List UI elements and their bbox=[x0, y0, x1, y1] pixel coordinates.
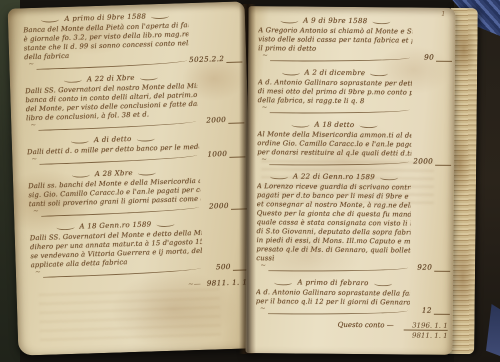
ledger-entry: A 28 Xbre Dalli ss. banchi del Monte e d… bbox=[28, 164, 247, 217]
entry-rule-flourish bbox=[269, 158, 409, 166]
entry-amount: 2000 bbox=[206, 115, 226, 125]
entry-date-text: A 9 di 9bre 1588 bbox=[303, 17, 367, 26]
entry-text-line: per donarsi restituire al q.le quali det… bbox=[257, 148, 411, 158]
entry-date-text: A 2 di dicembre bbox=[304, 69, 365, 78]
entry-amount: 920 bbox=[417, 263, 432, 272]
left-page-total-row: 9811. 1. 1 bbox=[31, 277, 247, 293]
entry-amount-cell: 90 bbox=[412, 17, 452, 63]
entry-amount: 1000 bbox=[207, 149, 227, 159]
left-page-entries: A primo di 9bre 1588 Banca del Monte del… bbox=[23, 8, 249, 278]
entry-text-line: il primo di detto bbox=[258, 44, 412, 54]
entry-body: A primo di 9bre 1588 Banca del Monte del… bbox=[23, 10, 189, 70]
entry-date-heading: A 9 di 9bre 1588 bbox=[258, 16, 412, 25]
heading-swash-left bbox=[280, 18, 298, 23]
entry-body: A 28 Xbre Dalli ss. banchi del Monte e d… bbox=[28, 166, 201, 217]
entry-text-line: cussì bbox=[256, 254, 410, 264]
heading-swash-left bbox=[275, 280, 293, 285]
entry-body: A 18 detto Al Monte della Misericordia a… bbox=[257, 119, 411, 166]
heading-swash-right bbox=[380, 175, 398, 180]
ledger-entry: A 22 di Xbre Dalli SS. Governatori del n… bbox=[25, 69, 245, 131]
entry-date-text: A 18 Genn.ro 1589 bbox=[79, 220, 151, 230]
manuscript-photo: A primo di 9bre 1588 Banca del Monte del… bbox=[0, 0, 500, 362]
heading-swash-right bbox=[374, 281, 392, 286]
entry-date-text: A di detto bbox=[94, 135, 132, 144]
right-page: 1 A 9 di 9bre 1588 A Gregorio Antonio si… bbox=[245, 6, 455, 355]
entry-lines: Dalli ss. banchi del Monte e della Miser… bbox=[28, 177, 201, 209]
right-page-entries: A 9 di 9bre 1588 A Gregorio Antonio si c… bbox=[256, 15, 453, 316]
entry-date-text: A primo di 9bre 1588 bbox=[64, 12, 146, 23]
page-totals: Questo conto 3196. 1. 1 9811. 1. 1 bbox=[256, 320, 448, 340]
entry-amount-cell: 2000 bbox=[411, 121, 451, 167]
total-value: 9811. 1. 1 bbox=[404, 329, 448, 339]
ledger-entry: A primo di febraro A d. Antonio Gallinar… bbox=[256, 277, 450, 316]
entry-date-heading: A 2 di dicembre bbox=[258, 68, 412, 77]
entry-amount: 5025.2.2 bbox=[189, 54, 224, 64]
entry-body: A 18 Genn.ro 1589 Dalli SS. Governatori … bbox=[29, 218, 203, 278]
entry-text-line: per il banco q.li 12 per li giorni di Ge… bbox=[256, 297, 410, 307]
entry-lines: Dalli SS. Governatori del nostro Monte d… bbox=[25, 82, 198, 123]
ledger-entry: A 18 detto Al Monte della Misericordia a… bbox=[257, 119, 451, 167]
entry-amount: 2000 bbox=[209, 201, 229, 211]
total-row: 9811. 1. 1 bbox=[256, 328, 448, 340]
entry-body: A 22 di Xbre Dalli SS. Governatori del n… bbox=[25, 71, 199, 131]
entry-date-text: A 18 detto bbox=[314, 121, 354, 129]
entry-date-heading: A 22 di Genn.ro 1589 bbox=[257, 172, 411, 181]
heading-swash-left bbox=[71, 138, 89, 144]
amount-dash bbox=[436, 57, 452, 62]
heading-swash-left bbox=[41, 17, 59, 23]
entry-lines: Dalli SS. Governatori del Monte e detto … bbox=[30, 229, 203, 270]
ledger-entry: A 9 di 9bre 1588 A Gregorio Antonio si c… bbox=[258, 15, 452, 63]
ledger-entry: A primo di 9bre 1588 Banca del Monte del… bbox=[23, 8, 243, 70]
entry-date-text: A primo di febraro bbox=[298, 279, 369, 288]
entry-body: A 22 di Genn.ro 1589 A Lorenzo riceve gu… bbox=[256, 171, 411, 272]
heading-swash-left bbox=[282, 70, 300, 75]
heading-swash-right bbox=[372, 19, 390, 24]
entry-amount-cell: 2000 bbox=[197, 69, 245, 125]
entry-amount: 500 bbox=[216, 262, 231, 271]
heading-swash-left bbox=[270, 174, 288, 179]
heading-swash-right bbox=[140, 75, 158, 81]
heading-swash-right bbox=[137, 136, 155, 142]
entry-date-heading: A primo di febraro bbox=[256, 278, 410, 287]
amount-dash bbox=[434, 267, 450, 272]
entry-lines: A d. Antonio Gallinaro soprastante per d… bbox=[258, 78, 412, 106]
entry-text-line: della fabrica, si ragg.te li q. 8 bbox=[258, 96, 412, 106]
entry-lines: A Gregorio Antonio si chiamò al Monte e … bbox=[258, 26, 412, 54]
heading-swash-right bbox=[156, 221, 174, 227]
entry-amount: 2000 bbox=[413, 157, 433, 166]
totals-label: Questo conto bbox=[338, 321, 394, 329]
heading-swash-right bbox=[138, 170, 156, 176]
entry-lines: A d. Antonio Gallinaro soprastante della… bbox=[256, 288, 410, 307]
entry-lines: A Lorenzo riceve guardia di scrivano con… bbox=[256, 182, 411, 264]
amount-dash bbox=[434, 310, 450, 315]
entry-rule-flourish bbox=[270, 54, 410, 62]
entry-body: A 9 di 9bre 1588 A Gregorio Antonio si c… bbox=[258, 15, 412, 62]
entry-body: A di detto Dalli detti d. o mille per de… bbox=[27, 132, 200, 165]
entry-amount-cell: 5025.2.2 bbox=[188, 8, 243, 65]
entry-text-line: presato q.le di Ms. di Gennaro, quali bo… bbox=[256, 245, 410, 255]
heading-swash-right bbox=[151, 13, 169, 19]
ledger-entry: A 2 di dicembre A d. Antonio Gallinaro s… bbox=[258, 67, 452, 115]
entry-rule-flourish bbox=[268, 307, 408, 315]
heading-swash-right bbox=[359, 123, 377, 128]
entry-body: A 2 di dicembre A d. Antonio Gallinaro s… bbox=[258, 67, 412, 114]
entry-amount-cell: 920 bbox=[410, 173, 451, 273]
ledger-entry: A 18 Genn.ro 1589 Dalli SS. Governatori … bbox=[29, 216, 249, 278]
entry-amount: 90 bbox=[424, 53, 434, 62]
entry-lines: Al Monte della Misericordia ammon.ti al … bbox=[257, 130, 411, 158]
heading-swash-left bbox=[292, 122, 310, 127]
ledger-entry: A 22 di Genn.ro 1589 A Lorenzo riceve gu… bbox=[256, 171, 451, 273]
heading-swash-left bbox=[72, 172, 90, 178]
amount-dash bbox=[435, 161, 451, 166]
entry-rule-flourish bbox=[270, 106, 410, 114]
entry-amount: 12 bbox=[422, 306, 432, 315]
entry-body: A primo di febraro A d. Antonio Gallinar… bbox=[256, 277, 410, 315]
heading-swash-right bbox=[370, 71, 388, 76]
gutter-shadow bbox=[239, 4, 256, 354]
entry-rule-flourish bbox=[268, 264, 408, 272]
left-page: A primo di 9bre 1588 Banca del Monte del… bbox=[8, 1, 256, 355]
entry-date-text: A 22 di Xbre bbox=[87, 74, 135, 84]
entry-amount-cell: 12 bbox=[410, 279, 450, 316]
entry-date-text: A 22 di Genn.ro 1589 bbox=[293, 172, 375, 181]
entry-lines: Banca del Monte della Pietà con l'aperta… bbox=[23, 21, 189, 62]
entry-date-heading: A 18 detto bbox=[257, 120, 411, 129]
heading-swash-left bbox=[56, 224, 74, 230]
ledger-entry: A di detto Dalli detti d. o mille per de… bbox=[27, 130, 246, 165]
heading-swash-left bbox=[64, 77, 82, 83]
entry-date-text: A 28 Xbre bbox=[95, 169, 133, 178]
